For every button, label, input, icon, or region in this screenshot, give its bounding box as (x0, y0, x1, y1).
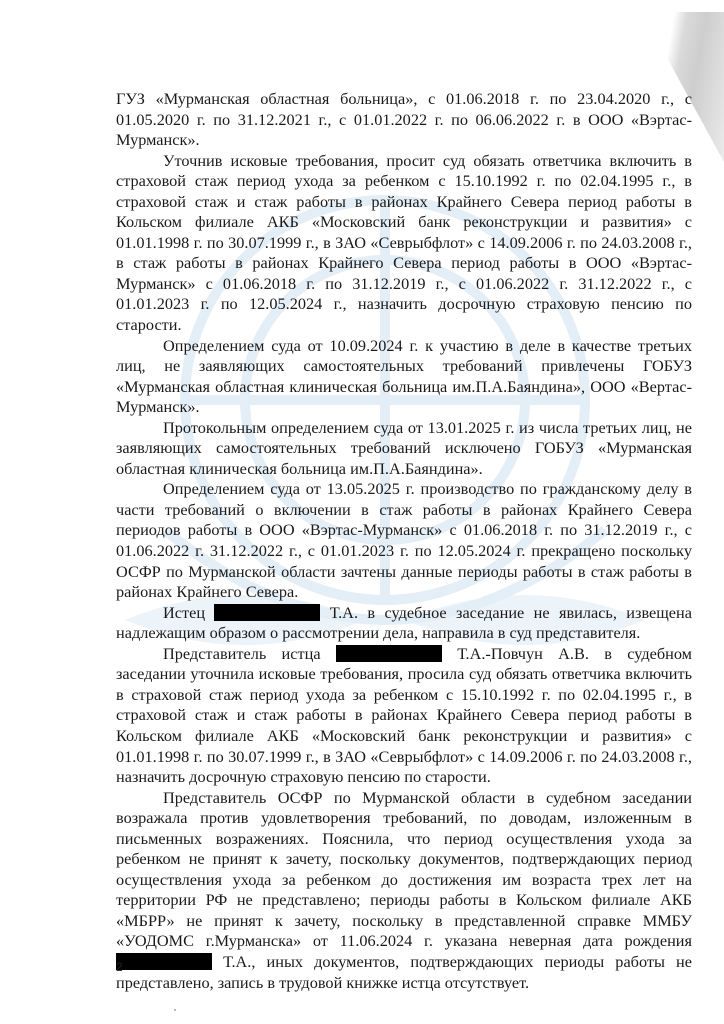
paragraph: Определением суда от 10.09.2024 г. к уча… (116, 336, 692, 418)
text-fragment: Представитель истца (163, 644, 321, 663)
text-fragment: Истец (163, 603, 205, 622)
paragraph: Уточнив исковые требования, просит суд о… (116, 151, 692, 336)
paragraph: ГУЗ «Мурманская областная больница», с 0… (116, 89, 692, 151)
scan-speck (174, 1009, 176, 1011)
paragraph: Протокольным определением суда от 13.01.… (116, 418, 692, 480)
text-fragment: Представитель ОСФР по Мурманской области… (116, 788, 692, 951)
redaction-block (214, 604, 320, 621)
paragraph-representative: Представитель истца Т.А.-Повчун А.В. в с… (116, 644, 692, 788)
paragraph-osfr-objection: Представитель ОСФР по Мурманской области… (116, 788, 692, 993)
redaction-block (116, 953, 212, 970)
paragraph: Определением суда от 13.05.2025 г. произ… (116, 479, 692, 602)
redaction-block (336, 645, 442, 662)
page-number: 2 (116, 960, 123, 974)
text-fragment: Т.А.-Повчун А.В. в судебном заседании ут… (116, 644, 692, 786)
paragraph-plaintiff-absence: Истец Т.А. в судебное заседание не явила… (116, 603, 692, 644)
document-body: ГУЗ «Мурманская областная больница», с 0… (116, 89, 692, 993)
